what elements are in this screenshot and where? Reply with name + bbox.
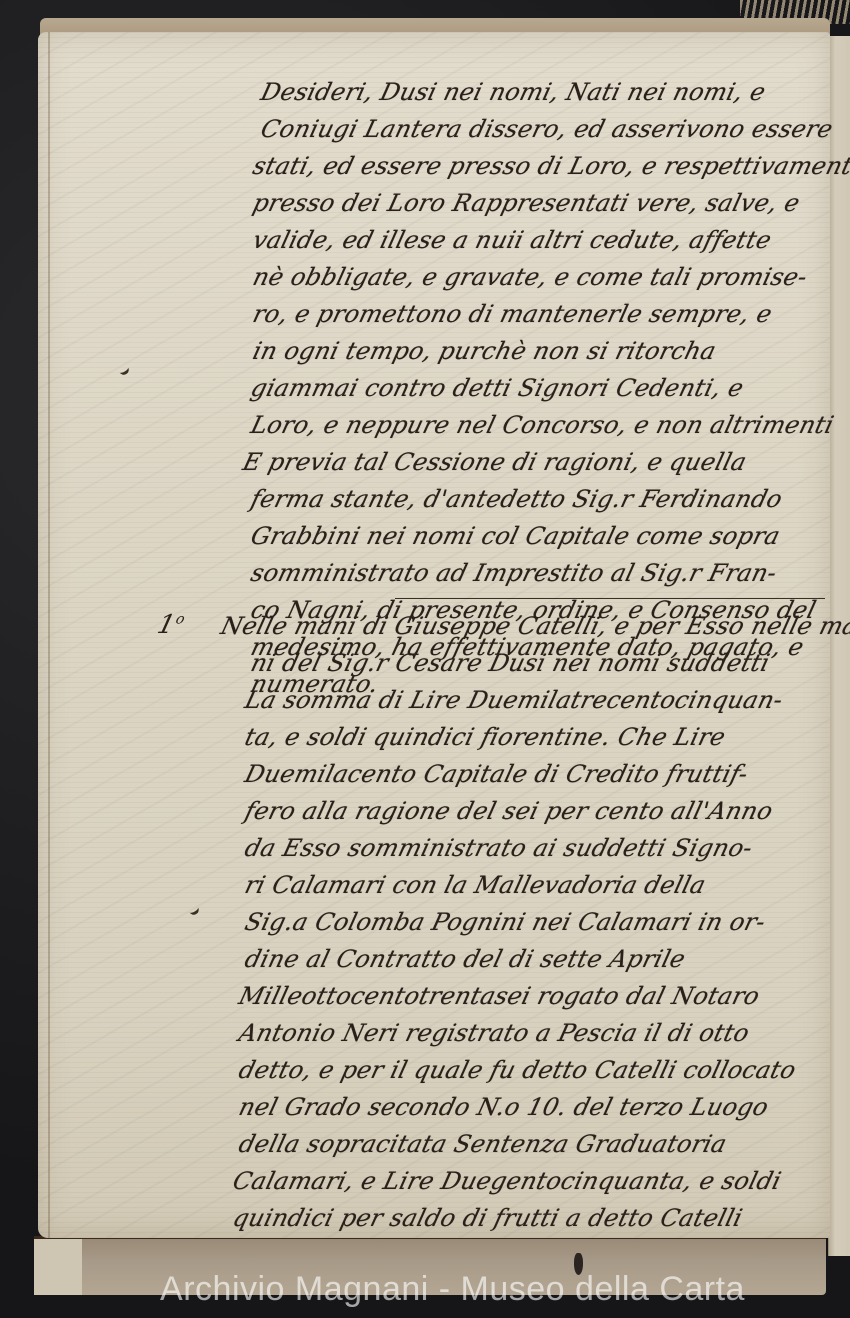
text-line: Calamari, e Lire Duegentocinquanta, e so… [230,1167,784,1195]
archive-watermark: Archivio Magnani - Museo della Carta [0,1270,850,1309]
document-scan: Desideri, Dusi nei nomi, Nati nei nomi, … [0,0,850,1318]
text-line: quindici per saldo di frutti a detto Cat… [230,1204,745,1232]
manuscript-text-item: Nelle mani di Giuseppe Catelli, e per Es… [0,0,850,1318]
text-line: Milleottocentotrentasei rogato dal Notar… [236,982,763,1010]
text-line: nel Grado secondo N.o 10. del terzo Luog… [236,1093,771,1121]
text-line: dine al Contratto del di sette Aprile [242,945,688,973]
text-line: ri Calamari con la Mallevadoria della [242,871,709,899]
text-line: Antonio Neri registrato a Pescia il di o… [236,1019,752,1047]
text-line: ni del Sig.r Cesare Dusi nei nomi suddet… [248,649,773,677]
text-line: fero alla ragione del sei per cento all'… [242,797,776,825]
text-line: Sig.a Colomba Pognini nei Calamari in or… [242,908,768,936]
text-line: della sopracitata Sentenza Graduatoria [236,1130,730,1158]
text-line: da Esso somministrato ai suddetti Signo- [242,834,755,862]
text-line: detto, e per il quale fu detto Catelli c… [236,1056,799,1084]
text-line: Duemilacento Capitale di Credito fruttif… [242,760,751,788]
text-line: La somma di Lire Duemilatrecentocinquan- [242,686,786,714]
text-line: ta, e soldi quindici fiorentine. Che Lir… [242,723,728,751]
text-line: Nelle mani di Giuseppe Catelli, e per Es… [218,612,850,640]
